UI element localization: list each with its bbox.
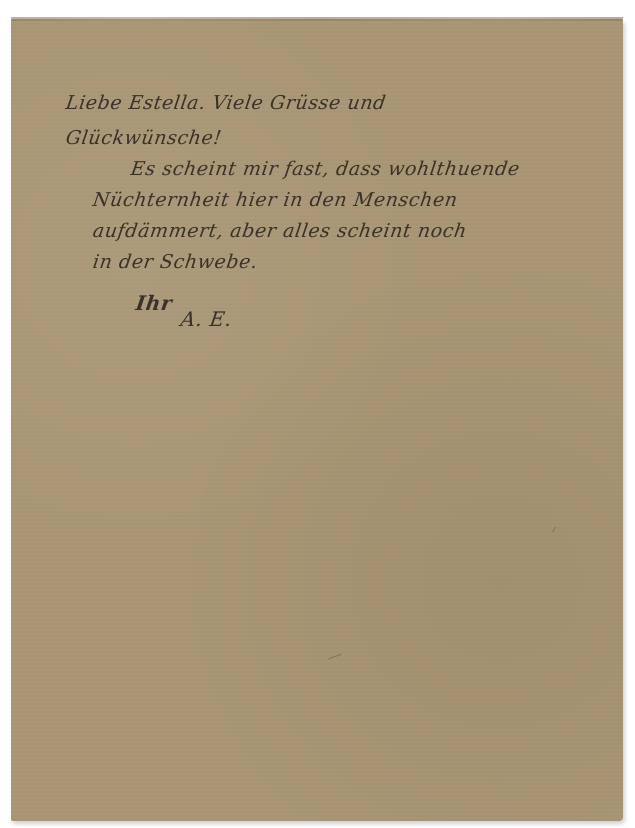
letter-paper: Liebe Estella. Viele Grüsse und Glückwün… xyxy=(11,19,623,821)
letter-line-5: aufdämmert, aber alles scheint noch xyxy=(91,220,468,242)
paper-mark xyxy=(328,654,341,660)
letter-signature: A. E. xyxy=(179,307,233,331)
torn-top-edge xyxy=(11,17,623,21)
letter-line-4: Nüchternheit hier in den Menschen xyxy=(91,189,459,211)
letter-closing: Ihr xyxy=(134,291,174,315)
letter-line-2: Glückwünsche! xyxy=(64,127,223,149)
letter-line-3: Es scheint mir fast, dass wohlthuende xyxy=(129,158,521,180)
letter-line-1: Liebe Estella. Viele Grüsse und xyxy=(64,92,387,114)
letter-line-6: in der Schwebe. xyxy=(91,251,259,273)
paper-mark xyxy=(552,527,556,533)
